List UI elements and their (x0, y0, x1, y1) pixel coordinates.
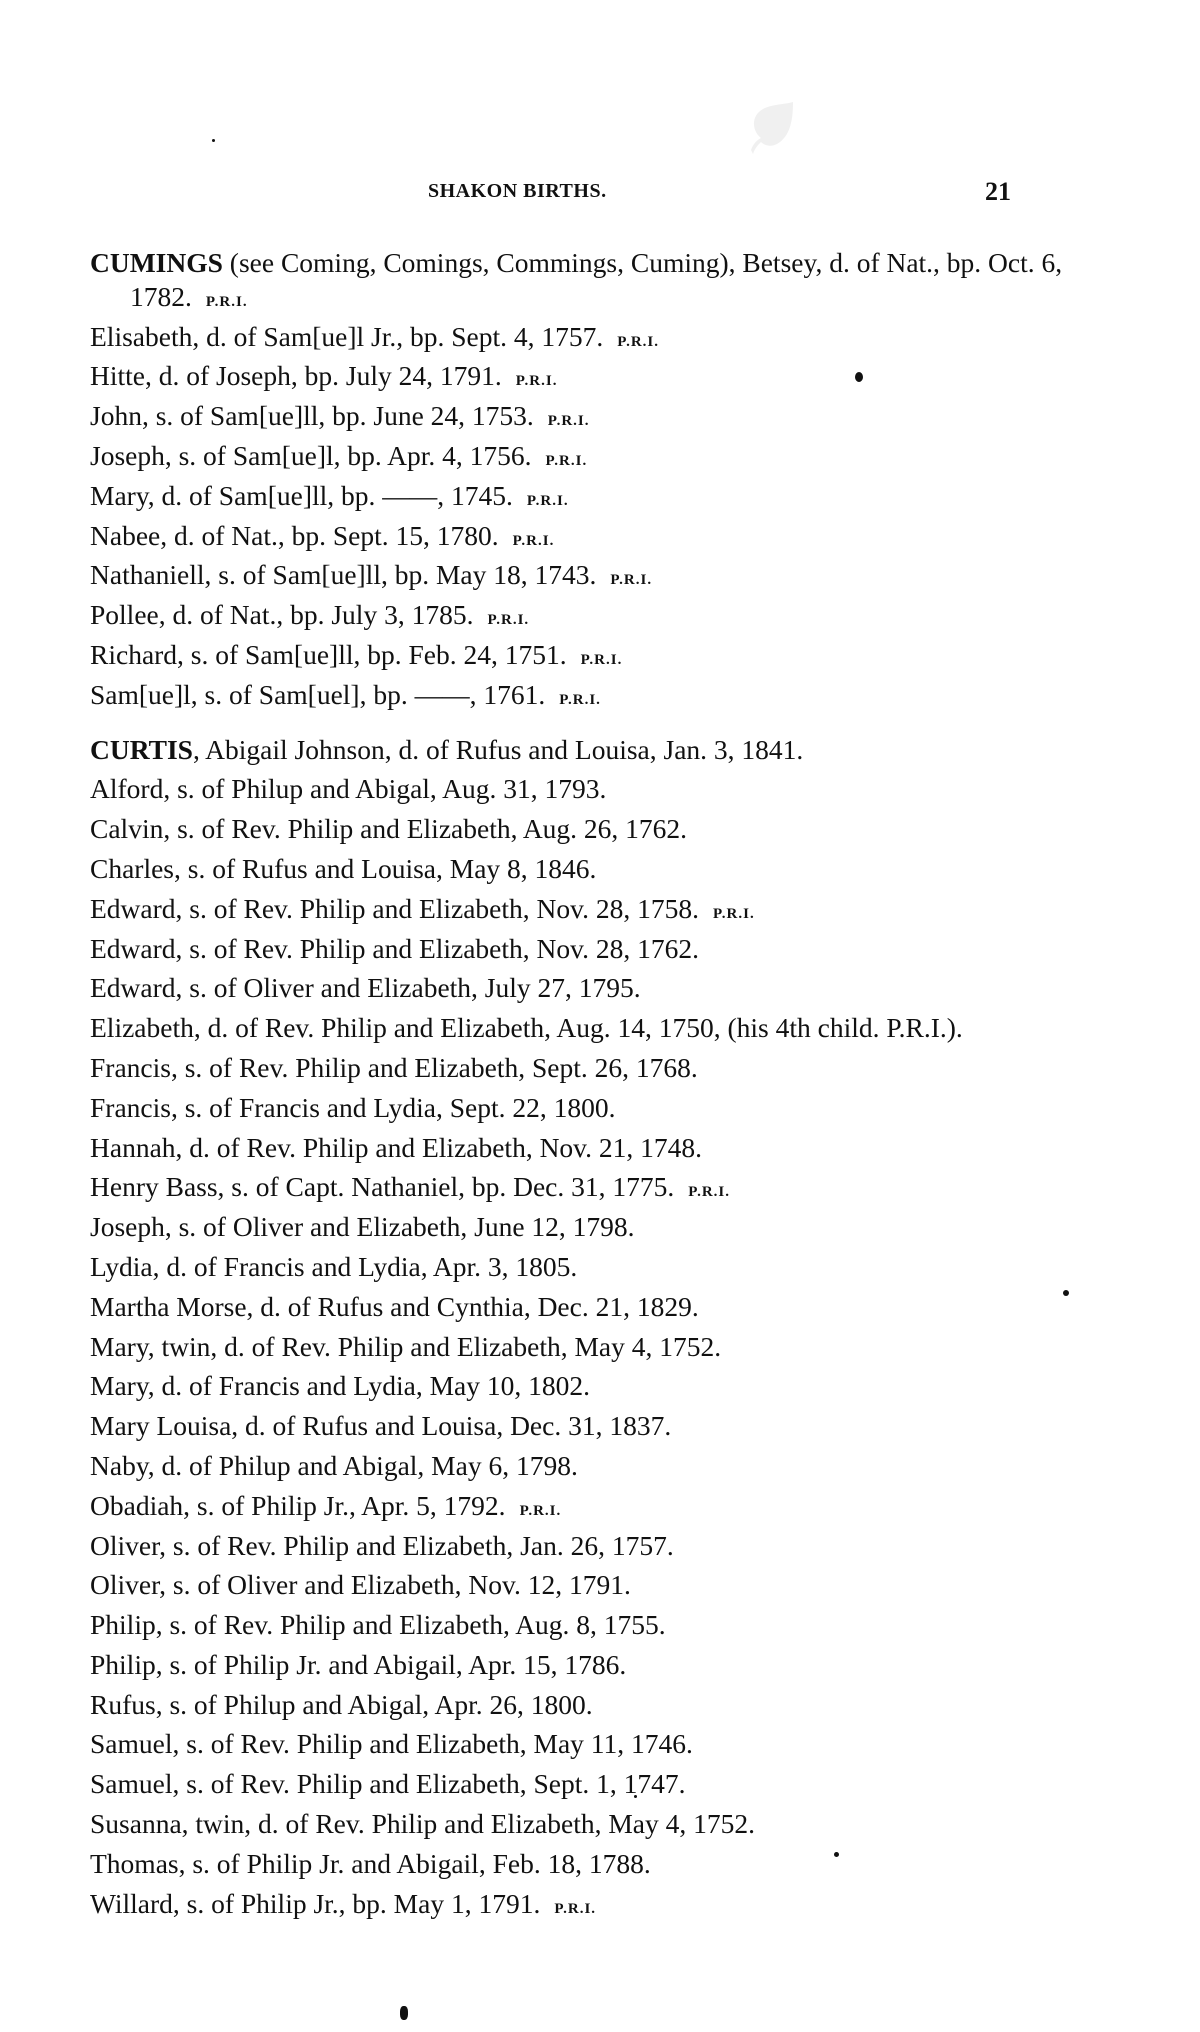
list-item: Francis, s. of Francis and Lydia, Sept. … (90, 1091, 1090, 1131)
entry-text: Oliver, s. of Rev. Philip and Elizabeth,… (90, 1530, 674, 1561)
source-abbrev: P.R.I. (520, 1503, 562, 1519)
entry-text: Lydia, d. of Francis and Lydia, Apr. 3, … (90, 1251, 577, 1282)
entry-text: Alford, s. of Philup and Abigal, Aug. 31… (90, 773, 606, 804)
entry-text: Philip, s. of Rev. Philip and Elizabeth,… (90, 1609, 666, 1640)
entry-text: Mary, d. of Sam[ue]ll, bp. ——, 1745. (90, 480, 513, 511)
list-item: Mary, d. of Sam[ue]ll, bp. ——, 1745.P.R.… (90, 479, 1090, 519)
source-abbrev: P.R.I. (513, 533, 555, 549)
list-item: Willard, s. of Philip Jr., bp. May 1, 17… (90, 1887, 1090, 1927)
list-item: John, s. of Sam[ue]ll, bp. June 24, 1753… (90, 399, 1090, 439)
entry-text: Rufus, s. of Philup and Abigal, Apr. 26,… (90, 1689, 593, 1720)
source-abbrev: P.R.I. (581, 652, 623, 668)
entry-text: Mary Louisa, d. of Rufus and Louisa, Dec… (90, 1410, 671, 1441)
list-item: Hannah, d. of Rev. Philip and Elizabeth,… (90, 1131, 1090, 1171)
entry-text: Sam[ue]l, s. of Sam[uel], bp. ——, 1761. (90, 679, 545, 710)
list-item: Charles, s. of Rufus and Louisa, May 8, … (90, 852, 1090, 892)
entry-text: Oliver, s. of Oliver and Elizabeth, Nov.… (90, 1569, 631, 1600)
source-abbrev: P.R.I. (713, 906, 755, 922)
entry-text: Elizabeth, d. of Rev. Philip and Elizabe… (90, 1012, 963, 1043)
source-abbrev: P.R.I. (487, 612, 529, 628)
list-item: Henry Bass, s. of Capt. Nathaniel, bp. D… (90, 1170, 1090, 1210)
surname-section-curtis: CURTIS, Abigail Johnson, d. of Rufus and… (90, 733, 1090, 1927)
entry-text: Henry Bass, s. of Capt. Nathaniel, bp. D… (90, 1171, 674, 1202)
source-abbrev: P.R.I. (559, 692, 601, 708)
list-item: Edward, s. of Rev. Philip and Elizabeth,… (90, 932, 1090, 972)
entry-text: Mary, twin, d. of Rev. Philip and Elizab… (90, 1331, 721, 1362)
list-item: Naby, d. of Philup and Abigal, May 6, 17… (90, 1449, 1090, 1489)
list-item: Elizabeth, d. of Rev. Philip and Elizabe… (90, 1011, 1090, 1051)
entry-text: Martha Morse, d. of Rufus and Cynthia, D… (90, 1291, 699, 1322)
list-item: Mary, twin, d. of Rev. Philip and Elizab… (90, 1330, 1090, 1370)
list-item: Calvin, s. of Rev. Philip and Elizabeth,… (90, 812, 1090, 852)
entry-text: Thomas, s. of Philip Jr. and Abigail, Fe… (90, 1848, 651, 1879)
entry-text: (see Coming, Comings, Commings, Cuming),… (130, 247, 1062, 312)
leaf-icon (743, 100, 795, 156)
source-abbrev: P.R.I. (617, 334, 659, 350)
entry-text: Susanna, twin, d. of Rev. Philip and Eli… (90, 1808, 755, 1839)
entry-text: Hannah, d. of Rev. Philip and Elizabeth,… (90, 1132, 702, 1163)
entry-text: Richard, s. of Sam[ue]ll, bp. Feb. 24, 1… (90, 639, 567, 670)
list-item: Philip, s. of Rev. Philip and Elizabeth,… (90, 1608, 1090, 1648)
surname-section-cumings: CUMINGS (see Coming, Comings, Commings, … (90, 246, 1090, 718)
list-item: Sam[ue]l, s. of Sam[uel], bp. ——, 1761.P… (90, 678, 1090, 718)
running-head: SHAKON BIRTHS. 21 (0, 180, 1200, 210)
entry-text: Edward, s. of Oliver and Elizabeth, July… (90, 972, 641, 1003)
entry-text: Charles, s. of Rufus and Louisa, May 8, … (90, 853, 596, 884)
list-item: Hitte, d. of Joseph, bp. July 24, 1791.P… (90, 359, 1090, 399)
list-item: Elisabeth, d. of Sam[ue]l Jr., bp. Sept.… (90, 320, 1090, 360)
list-item: Samuel, s. of Rev. Philip and Elizabeth,… (90, 1767, 1090, 1807)
list-item: Edward, s. of Rev. Philip and Elizabeth,… (90, 892, 1090, 932)
list-item: Rufus, s. of Philup and Abigal, Apr. 26,… (90, 1688, 1090, 1728)
source-abbrev: P.R.I. (688, 1184, 730, 1200)
entry-text: Naby, d. of Philup and Abigal, May 6, 17… (90, 1450, 578, 1481)
entry-text: Mary, d. of Francis and Lydia, May 10, 1… (90, 1370, 590, 1401)
entry-text: Francis, s. of Francis and Lydia, Sept. … (90, 1092, 616, 1123)
scan-speck (855, 372, 863, 382)
page-number: 21 (985, 177, 1011, 207)
births-listing: CUMINGS (see Coming, Comings, Commings, … (90, 246, 1090, 1941)
list-item: Edward, s. of Oliver and Elizabeth, July… (90, 971, 1090, 1011)
entry-text: Edward, s. of Rev. Philip and Elizabeth,… (90, 933, 699, 964)
entry-text: John, s. of Sam[ue]ll, bp. June 24, 1753… (90, 400, 534, 431)
list-item: Lydia, d. of Francis and Lydia, Apr. 3, … (90, 1250, 1090, 1290)
entry-text: Edward, s. of Rev. Philip and Elizabeth,… (90, 893, 699, 924)
entry-text: Hitte, d. of Joseph, bp. July 24, 1791. (90, 360, 502, 391)
entry-text: , Abigail Johnson, d. of Rufus and Louis… (193, 734, 803, 765)
list-item: Joseph, s. of Oliver and Elizabeth, June… (90, 1210, 1090, 1250)
list-item: CURTIS, Abigail Johnson, d. of Rufus and… (90, 733, 1090, 773)
source-abbrev: P.R.I. (206, 294, 248, 310)
entry-text: Samuel, s. of Rev. Philip and Elizabeth,… (90, 1768, 686, 1799)
entry-text: Elisabeth, d. of Sam[ue]l Jr., bp. Sept.… (90, 321, 603, 352)
list-item: Oliver, s. of Rev. Philip and Elizabeth,… (90, 1529, 1090, 1569)
list-item: Philip, s. of Philip Jr. and Abigail, Ap… (90, 1648, 1090, 1688)
running-title: SHAKON BIRTHS. (428, 180, 607, 203)
entry-text: Nabee, d. of Nat., bp. Sept. 15, 1780. (90, 520, 499, 551)
scan-speck (400, 2006, 408, 2020)
entry-text: Pollee, d. of Nat., bp. July 3, 1785. (90, 599, 473, 630)
scan-speck (1063, 1290, 1069, 1296)
list-item: Mary, d. of Francis and Lydia, May 10, 1… (90, 1369, 1090, 1409)
list-item: Martha Morse, d. of Rufus and Cynthia, D… (90, 1290, 1090, 1330)
scan-speck (212, 139, 215, 142)
source-abbrev: P.R.I. (527, 493, 569, 509)
list-item: Nabee, d. of Nat., bp. Sept. 15, 1780.P.… (90, 519, 1090, 559)
list-item: CUMINGS (see Coming, Comings, Commings, … (90, 246, 1090, 320)
entry-text: Nathaniell, s. of Sam[ue]ll, bp. May 18,… (90, 559, 596, 590)
list-item: Mary Louisa, d. of Rufus and Louisa, Dec… (90, 1409, 1090, 1449)
entry-text: Willard, s. of Philip Jr., bp. May 1, 17… (90, 1888, 540, 1919)
list-item: Richard, s. of Sam[ue]ll, bp. Feb. 24, 1… (90, 638, 1090, 678)
entry-text: Calvin, s. of Rev. Philip and Elizabeth,… (90, 813, 687, 844)
list-item: Alford, s. of Philup and Abigal, Aug. 31… (90, 772, 1090, 812)
list-item: Thomas, s. of Philip Jr. and Abigail, Fe… (90, 1847, 1090, 1887)
scan-speck (834, 1852, 839, 1857)
list-item: Samuel, s. of Rev. Philip and Elizabeth,… (90, 1727, 1090, 1767)
surname-heading: CURTIS (90, 734, 193, 765)
list-item: Susanna, twin, d. of Rev. Philip and Eli… (90, 1807, 1090, 1847)
list-item: Oliver, s. of Oliver and Elizabeth, Nov.… (90, 1568, 1090, 1608)
scan-speck (634, 1795, 637, 1798)
list-item: Nathaniell, s. of Sam[ue]ll, bp. May 18,… (90, 558, 1090, 598)
entry-text: Joseph, s. of Sam[ue]l, bp. Apr. 4, 1756… (90, 440, 532, 471)
entry-text: Samuel, s. of Rev. Philip and Elizabeth,… (90, 1728, 693, 1759)
list-item: Joseph, s. of Sam[ue]l, bp. Apr. 4, 1756… (90, 439, 1090, 479)
list-item: Pollee, d. of Nat., bp. July 3, 1785.P.R… (90, 598, 1090, 638)
entry-text: Philip, s. of Philip Jr. and Abigail, Ap… (90, 1649, 626, 1680)
source-abbrev: P.R.I. (548, 413, 590, 429)
source-abbrev: P.R.I. (546, 453, 588, 469)
entry-text: Francis, s. of Rev. Philip and Elizabeth… (90, 1052, 698, 1083)
source-abbrev: P.R.I. (610, 572, 652, 588)
list-item: Francis, s. of Rev. Philip and Elizabeth… (90, 1051, 1090, 1091)
entry-text: Obadiah, s. of Philip Jr., Apr. 5, 1792. (90, 1490, 506, 1521)
surname-heading: CUMINGS (90, 247, 223, 278)
source-abbrev: P.R.I. (554, 1901, 596, 1917)
entry-text: Joseph, s. of Oliver and Elizabeth, June… (90, 1211, 635, 1242)
list-item: Obadiah, s. of Philip Jr., Apr. 5, 1792.… (90, 1489, 1090, 1529)
source-abbrev: P.R.I. (516, 373, 558, 389)
